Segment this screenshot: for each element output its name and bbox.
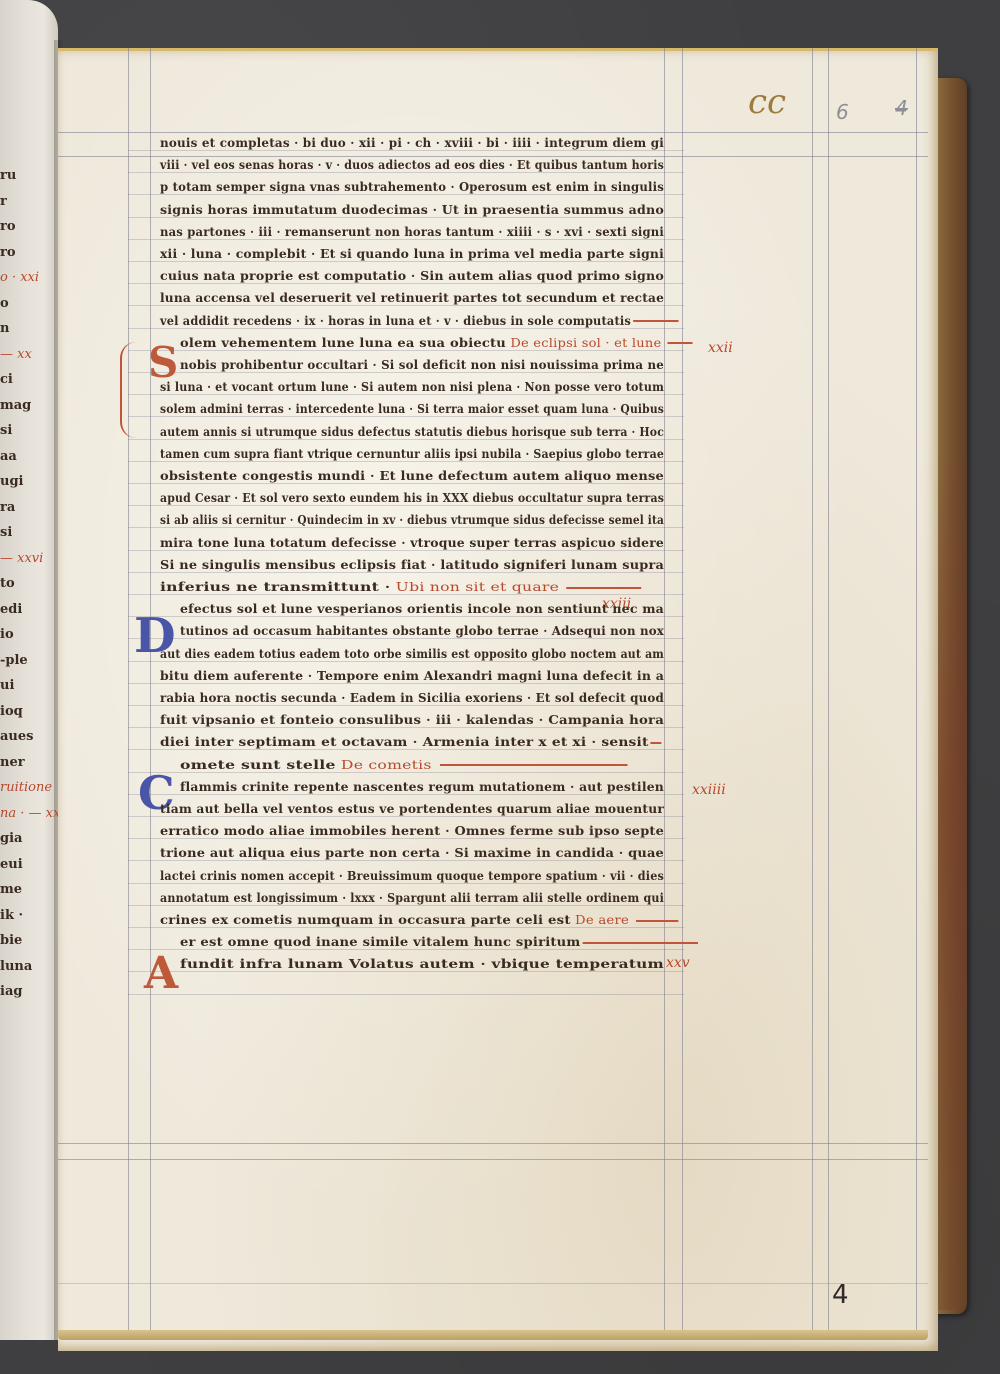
verso-text-fragment: luna: [0, 959, 32, 974]
verso-text-fragment: io: [0, 627, 14, 642]
line-ruling: [128, 860, 684, 861]
verso-text-fragment: eui: [0, 857, 23, 872]
text-line-content: tutinos ad occasum habitantes obstante g…: [180, 623, 664, 638]
text-line: diei inter septimam et octavam · Armenia…: [160, 734, 664, 749]
line-ruling: [128, 572, 684, 573]
text-line: apud Cesar · Et sol vero sexto eundem hi…: [160, 490, 664, 505]
line-ruling: [128, 261, 684, 262]
rubric-heading: De aere: [571, 912, 634, 927]
text-line-content: efectus sol et lune vesperianos orientis…: [180, 601, 664, 616]
text-line: signis horas immutatum duodecimas · Ut i…: [160, 202, 664, 217]
line-ruling: [128, 305, 684, 306]
line-ruling: [128, 927, 684, 928]
ruling-margin-2: [828, 48, 829, 1330]
text-line-content: xii · luna · complebit · Et si quando lu…: [160, 246, 664, 261]
text-line-content: rabia hora noctis secunda · Eadem in Sic…: [160, 690, 664, 705]
line-ruling: [128, 661, 684, 662]
ruling-right-outer: [682, 48, 683, 1330]
line-ruling: [128, 772, 684, 773]
ruling-left-inner: [150, 48, 151, 1330]
text-line-content: nobis prohibentur occultari · Si sol def…: [180, 357, 664, 372]
text-line-content: si ab aliis si cernitur · Quindecim in x…: [160, 512, 664, 527]
line-ruling: [128, 372, 684, 373]
verso-text-fragment: o: [0, 296, 9, 311]
text-line-content: si luna · et vocant ortum lune · Si aute…: [160, 379, 664, 394]
text-line-content: cuius nata proprie est computatio · Sin …: [160, 268, 664, 283]
text-line: tutinos ad occasum habitantes obstante g…: [180, 623, 664, 638]
rubric-line: [668, 342, 693, 344]
verso-text-fragment: ci: [0, 372, 13, 387]
text-line-content: crines ex cometis numquam in occasura pa…: [160, 912, 571, 927]
rubric-heading: De eclipsi sol · et lune: [506, 335, 666, 350]
ruling-bottom-1: [58, 1143, 928, 1144]
text-line-content: luna accensa vel deseruerit vel retinuer…: [160, 290, 664, 305]
text-line: omete sunt stelle De cometis: [180, 757, 629, 772]
text-line: erratico modo aliae immobiles herent · O…: [160, 823, 664, 838]
text-line: nas partones · iii · remanserunt non hor…: [160, 224, 664, 239]
line-ruling: [128, 350, 684, 351]
verso-text-fragment: n: [0, 321, 9, 336]
text-line: crines ex cometis numquam in occasura pa…: [160, 912, 680, 927]
text-line: si ab aliis si cernitur · Quindecim in x…: [160, 512, 664, 527]
line-ruling: [128, 971, 684, 972]
text-line-content: er est omne quod inane simile vitalem hu…: [180, 934, 580, 949]
verso-text-fragment: — xxvi: [0, 551, 43, 566]
line-ruling: [128, 594, 684, 595]
verso-text-fragment: si: [0, 525, 12, 540]
verso-text-fragment: ugi: [0, 474, 23, 489]
text-line-content: solem admini terras · intercedente luna …: [160, 401, 664, 416]
text-line: luna accensa vel deseruerit vel retinuer…: [160, 290, 664, 305]
text-line-content: fuit vipsanio et fonteio consulibus · ii…: [160, 712, 664, 727]
rubric-line: [439, 764, 627, 766]
verso-text-fragment: ro: [0, 245, 16, 260]
text-line-content: omete sunt stelle: [180, 757, 336, 772]
verso-text-fragment: gia: [0, 831, 22, 846]
text-line-content: fundit infra lunam Volatus autem · vbiqu…: [180, 956, 664, 971]
line-ruling: [128, 394, 684, 395]
text-line: xii · luna · complebit · Et si quando lu…: [160, 246, 664, 261]
line-ruling: [128, 616, 684, 617]
line-ruling: [128, 994, 684, 995]
verso-text-fragment: o · xxi: [0, 270, 39, 285]
verso-text-fragment: r: [0, 194, 7, 209]
line-ruling: [128, 949, 684, 950]
line-ruling: [128, 283, 684, 284]
line-ruling: [128, 727, 684, 728]
text-line: Si ne singulis mensibus eclipsis fiat · …: [160, 557, 664, 572]
line-ruling: [128, 705, 684, 706]
text-line: aut dies eadem totius eadem toto orbe si…: [160, 646, 664, 661]
ruling-top: [58, 132, 928, 133]
verso-text-fragment: ruitione: [0, 780, 52, 795]
line-ruling: [128, 194, 684, 195]
text-line-content: lactei crinis nomen accepit · Breuissimu…: [160, 868, 664, 883]
text-line: bitu diem auferente · Tempore enim Alexa…: [160, 668, 664, 683]
line-ruling: [128, 749, 684, 750]
page-bottom-edge: [58, 1330, 928, 1340]
verso-text-fragment: mag: [0, 398, 31, 413]
text-line: inferius ne transmittunt · Ubi non sit e…: [160, 579, 644, 594]
text-line: fundit infra lunam Volatus autem · vbiqu…: [180, 956, 664, 971]
folio-number-bottom: 4: [832, 1280, 849, 1310]
rubric-line: [636, 920, 678, 922]
text-line: efectus sol et lune vesperianos orientis…: [180, 601, 664, 616]
verso-text-fragment: bie: [0, 933, 22, 948]
text-line: mira tone luna totatum defecisse · vtroq…: [160, 535, 664, 550]
text-line-content: nas partones · iii · remanserunt non hor…: [160, 224, 664, 239]
text-line: tamen cum supra fiant vtrique cernuntur …: [160, 446, 664, 461]
line-ruling: [128, 838, 684, 839]
text-line-content: p totam semper signa vnas subtrahemen­to…: [160, 179, 664, 194]
folio-number-ink: cc: [748, 82, 786, 122]
text-line: lactei crinis nomen accepit · Breuissimu…: [160, 868, 664, 883]
text-line: nouis et completas · bi duo · xii · pi ·…: [160, 135, 664, 150]
text-line: annotatum est longissimum · lxxx · Sparg…: [160, 890, 664, 905]
text-line: autem annis si utrumque sidus defectus s…: [160, 424, 664, 439]
line-ruling: [128, 683, 684, 684]
initial-S: S: [148, 342, 178, 384]
text-line-content: apud Cesar · Et sol vero sexto eundem hi…: [160, 490, 664, 505]
rubric-line: [651, 742, 662, 744]
text-line-content: erratico modo aliae immobiles herent · O…: [160, 823, 664, 838]
text-line: obsistente congestis mundi · Et lune def…: [160, 468, 664, 483]
verso-text-fragment: to: [0, 576, 15, 591]
ruling-margin-3: [916, 48, 917, 1330]
text-line-content: trione aut aliqua eius parte non certa ·…: [160, 845, 664, 860]
rubric-heading: Ubi non sit et quare: [390, 579, 564, 594]
line-ruling: [128, 150, 684, 151]
verso-text-fragment: ru: [0, 168, 16, 183]
chapter-number-xxv: xxv: [666, 955, 690, 971]
initial-S-flourish: [120, 342, 136, 438]
ruling-right-inner: [664, 48, 665, 1330]
text-line: tiam aut bella vel ventos estus ve porte…: [160, 801, 664, 816]
line-ruling: [128, 816, 684, 817]
line-ruling: [128, 461, 684, 462]
rubric-heading: De cometis: [336, 757, 437, 772]
rubric-line: [583, 942, 698, 944]
line-ruling: [128, 794, 684, 795]
verso-text-fragment: ui: [0, 678, 14, 693]
chapter-number-xxiiii: xxiiii: [692, 782, 726, 798]
text-line-content: tamen cum supra fiant vtrique cernuntur …: [160, 446, 664, 461]
line-ruling: [128, 416, 684, 417]
verso-text-fragment: ra: [0, 500, 15, 515]
text-line-content: vel addidit recedens · ix · horas in lun…: [160, 313, 631, 328]
verso-page-edge: [0, 0, 58, 1340]
text-line-content: viii · vel eos senas horas · v · duos ad…: [160, 157, 664, 172]
ruling-foot: [58, 1283, 928, 1284]
text-line: viii · vel eos senas horas · v · duos ad…: [160, 157, 664, 172]
verso-text-fragment: na · — xx: [0, 806, 60, 821]
text-line-content: obsistente congestis mundi · Et lune def…: [160, 468, 664, 483]
folio-number-pencil-1: 6: [836, 100, 849, 124]
text-line: si luna · et vocant ortum lune · Si aute…: [160, 379, 664, 394]
folio-number-pencil-2: 4: [895, 96, 908, 120]
line-ruling: [128, 239, 684, 240]
line-ruling: [128, 328, 684, 329]
verso-text-fragment: ner: [0, 755, 25, 770]
line-ruling: [128, 883, 684, 884]
verso-text-fragment: me: [0, 882, 22, 897]
text-line: p totam semper signa vnas subtrahemen­to…: [160, 179, 664, 194]
initial-A: A: [144, 952, 178, 996]
text-line-content: signis horas immutatum duodecimas · Ut i…: [160, 202, 664, 217]
text-line-content: olem vehementem lune luna ea sua obiectu: [180, 335, 506, 350]
text-line-content: nouis et completas · bi duo · xii · pi ·…: [160, 135, 664, 150]
text-line: flammis crinite repente nascentes regum …: [180, 779, 664, 794]
verso-text-fragment: ioq: [0, 704, 23, 719]
text-line-content: flammis crinite repente nascentes regum …: [180, 779, 664, 794]
ruling-left-outer: [128, 48, 129, 1330]
text-line: nobis prohibentur occultari · Si sol def…: [180, 357, 664, 372]
line-ruling: [128, 527, 684, 528]
rubric-line: [633, 320, 678, 322]
text-line-content: inferius ne transmittunt ·: [160, 579, 390, 594]
line-ruling: [128, 550, 684, 551]
verso-text-fragment: — xx: [0, 347, 32, 362]
text-line-content: autem annis si utrumque sidus defectus s…: [160, 424, 664, 439]
text-line: er est omne quod inane simile vitalem hu…: [180, 934, 700, 949]
text-line-content: annotatum est longissimum · lxxx · Sparg…: [160, 890, 664, 905]
text-line: cuius nata proprie est computatio · Sin …: [160, 268, 664, 283]
text-line-content: aut dies eadem totius eadem toto orbe si…: [160, 646, 664, 661]
verso-text-fragment: ik ·: [0, 908, 23, 923]
rubric-line: [567, 587, 642, 589]
text-line: trione aut aliqua eius parte non certa ·…: [160, 845, 664, 860]
verso-text-fragment: -ple: [0, 653, 28, 668]
line-ruling: [128, 172, 684, 173]
ruling-bottom-2: [58, 1159, 928, 1160]
verso-text-fragment: iag: [0, 984, 22, 999]
text-line: olem vehementem lune luna ea sua obiectu…: [180, 335, 695, 350]
chapter-number-xxii: xxii: [708, 340, 733, 356]
text-line: rabia hora noctis secunda · Eadem in Sic…: [160, 690, 664, 705]
text-line-content: mira tone luna totatum defecisse · vtroq…: [160, 535, 664, 550]
line-ruling: [128, 217, 684, 218]
line-ruling: [128, 505, 684, 506]
text-line-content: bitu diem auferente · Tempore enim Alexa…: [160, 668, 664, 683]
ruling-margin-1: [812, 48, 813, 1330]
line-ruling: [128, 439, 684, 440]
line-ruling: [128, 638, 684, 639]
text-line-content: Si ne singulis mensibus eclipsis fiat · …: [160, 557, 664, 572]
verso-text-fragment: aues: [0, 729, 33, 744]
text-line: solem admini terras · intercedente luna …: [160, 401, 664, 416]
verso-text-fragment: ro: [0, 219, 16, 234]
text-line-content: diei inter septimam et octavam · Armenia…: [160, 734, 649, 749]
verso-text-fragment: aa: [0, 449, 17, 464]
text-line-content: tiam aut bella vel ventos estus ve porte…: [160, 801, 664, 816]
line-ruling: [128, 483, 684, 484]
line-ruling: [128, 905, 684, 906]
text-line: fuit vipsanio et fonteio consulibus · ii…: [160, 712, 664, 727]
verso-text-fragment: si: [0, 423, 12, 438]
verso-text-fragment: edi: [0, 602, 22, 617]
text-line: vel addidit recedens · ix · horas in lun…: [160, 313, 680, 328]
